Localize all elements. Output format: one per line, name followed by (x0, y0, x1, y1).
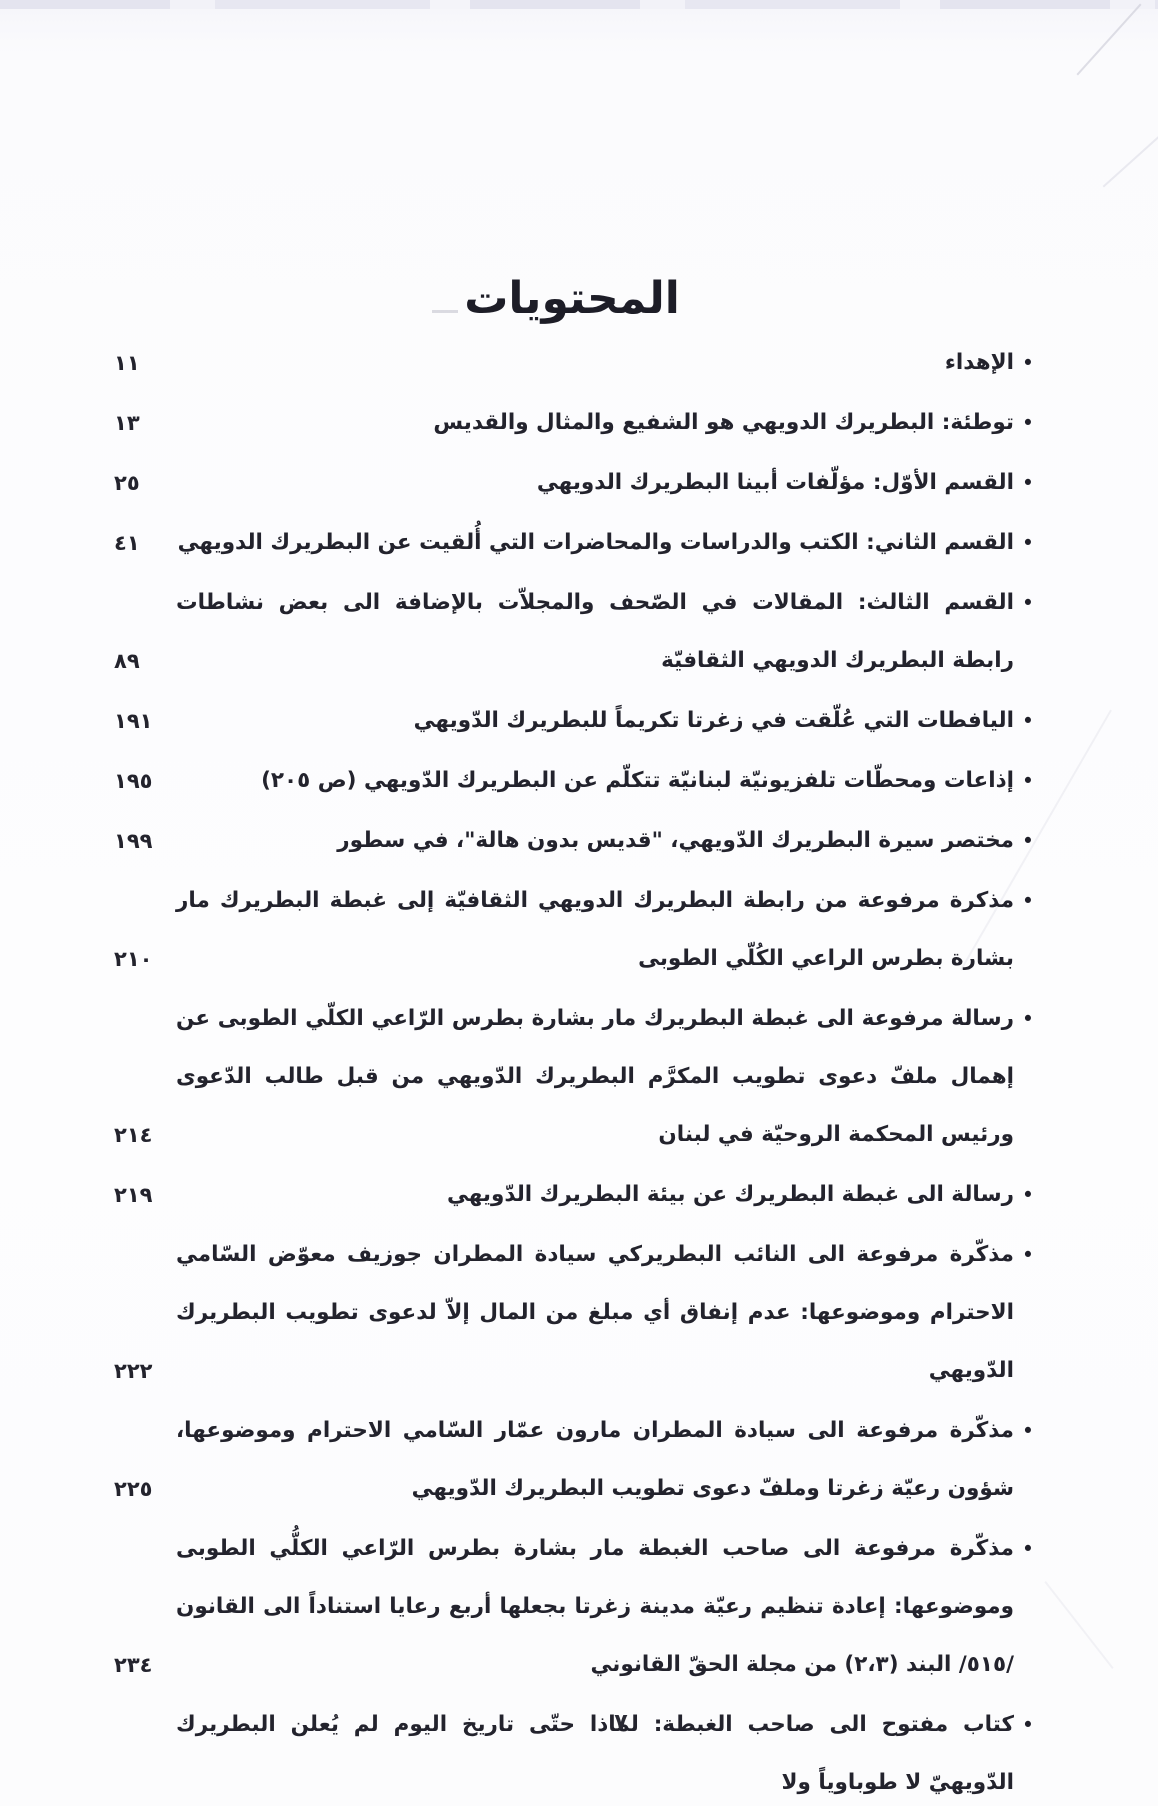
toc-entry: • مذكّرة مرفوعة الى صاحب الغبطة مار بشار… (114, 1520, 1042, 1694)
toc-entry: • رسالة مرفوعة الى غبطة البطريرك مار بشا… (114, 990, 1042, 1164)
bullet-icon: • (1014, 990, 1042, 1164)
toc-entry-page-number: ٢٥ (114, 454, 168, 512)
bullet-icon: • (1014, 514, 1042, 572)
toc-entry: • القسم الثالث: المقالات في الصّحف والمج… (114, 574, 1042, 690)
toc-entry-page-number: ٨٩ (114, 632, 168, 690)
paper-crease (1103, 132, 1158, 187)
toc-list: • الإهداء ١١ • توطئة: البطريرك الدويهي ه… (114, 334, 1042, 1806)
scanned-book-page: المحتويات • الإهداء ١١ • توطئة: البطريرك… (0, 0, 1158, 1806)
bullet-icon: • (1014, 1402, 1042, 1518)
toc-entry-title: رسالة مرفوعة الى غبطة البطريرك مار بشارة… (168, 990, 1014, 1164)
page-title: المحتويات (0, 273, 1112, 324)
toc-entry-title: القسم الثاني: الكتب والدراسات والمحاضرات… (168, 514, 1014, 572)
toc-entry-page-number: ٢٢٢ (114, 1342, 168, 1400)
toc-entry: • إذاعات ومحطّات تلفزيونيّة لبنانيّة تتك… (114, 752, 1042, 810)
toc-entry-title: مذكّرة مرفوعة الى سيادة المطران مارون عم… (168, 1402, 1014, 1518)
bullet-icon: • (1014, 1226, 1042, 1400)
footer-page-number: ٧ (84, 1710, 1158, 1735)
toc-entry-title: مذكّرة مرفوعة الى النائب البطريركي سيادة… (168, 1226, 1014, 1400)
toc-entry: • اليافطات التي عُلّقت في زغرتا تكريماً … (114, 692, 1042, 750)
toc-entry: • الإهداء ١١ (114, 334, 1042, 392)
toc-entry-title: رسالة الى غبطة البطريرك عن بيئة البطريرك… (168, 1166, 1014, 1224)
toc-entry: • مذكّرة مرفوعة الى سيادة المطران مارون … (114, 1402, 1042, 1518)
toc-entry-page-number: ١٩٩ (114, 812, 168, 870)
bullet-icon: • (1014, 1166, 1042, 1224)
paper-crease (1076, 4, 1141, 76)
toc-entry-page-number: ٢٣٤ (114, 1636, 168, 1694)
bullet-icon: • (1014, 394, 1042, 452)
bullet-icon: • (1014, 334, 1042, 392)
toc-entry: • مختصر سيرة البطريرك الدّويهي، "قديس بد… (114, 812, 1042, 870)
bullet-icon: • (1014, 752, 1042, 810)
toc-entry: • رسالة الى غبطة البطريرك عن بيئة البطري… (114, 1166, 1042, 1224)
toc-entry-title: اليافطات التي عُلّقت في زغرتا تكريماً لل… (168, 692, 1014, 750)
toc-entry-page-number: ٢٢٥ (114, 1460, 168, 1518)
toc-entry: • القسم الأوّل: مؤلّفات أبينا البطريرك ا… (114, 454, 1042, 512)
toc-entry: • مذكّرة مرفوعة الى النائب البطريركي سيا… (114, 1226, 1042, 1400)
toc-entry-title: توطئة: البطريرك الدويهي هو الشفيع والمثا… (168, 394, 1014, 452)
toc-entry-page-number: ٢١٠ (114, 930, 168, 988)
toc-entry-page-number: ٤١ (114, 514, 168, 572)
toc-entry-title: القسم الأوّل: مؤلّفات أبينا البطريرك الد… (168, 454, 1014, 512)
toc-entry-page-number: ٢١٩ (114, 1166, 168, 1224)
toc-entry: • مذكرة مرفوعة من رابطة البطريرك الدويهي… (114, 872, 1042, 988)
bullet-icon: • (1014, 692, 1042, 750)
toc-entry-title: مختصر سيرة البطريرك الدّويهي، "قديس بدون… (168, 812, 1014, 870)
toc-entry-page-number: ١٣ (114, 394, 168, 452)
bullet-icon: • (1014, 872, 1042, 988)
toc-entry-page-number: ١١ (114, 334, 168, 392)
bullet-icon: • (1014, 454, 1042, 512)
scanner-edge-artifact (0, 0, 1158, 9)
toc-entry: • توطئة: البطريرك الدويهي هو الشفيع والم… (114, 394, 1042, 452)
toc-entry-page-number: ١٩١ (114, 692, 168, 750)
bullet-icon: • (1014, 1520, 1042, 1694)
toc-entry-title: مذكّرة مرفوعة الى صاحب الغبطة مار بشارة … (168, 1520, 1014, 1694)
toc-entry-title: مذكرة مرفوعة من رابطة البطريرك الدويهي ا… (168, 872, 1014, 988)
bullet-icon: • (1014, 812, 1042, 870)
toc-entry-title: القسم الثالث: المقالات في الصّحف والمجلا… (168, 574, 1014, 690)
toc-entry-title: إذاعات ومحطّات تلفزيونيّة لبنانيّة تتكلّ… (168, 752, 1014, 810)
toc-entry: • القسم الثاني: الكتب والدراسات والمحاضر… (114, 514, 1042, 572)
toc-entry-title: الإهداء (168, 334, 1014, 392)
bullet-icon: • (1014, 574, 1042, 690)
paper-crease (1044, 1581, 1113, 1669)
toc-entry-page-number: ١٩٥ (114, 752, 168, 810)
toc-entry-page-number: ٢١٤ (114, 1106, 168, 1164)
